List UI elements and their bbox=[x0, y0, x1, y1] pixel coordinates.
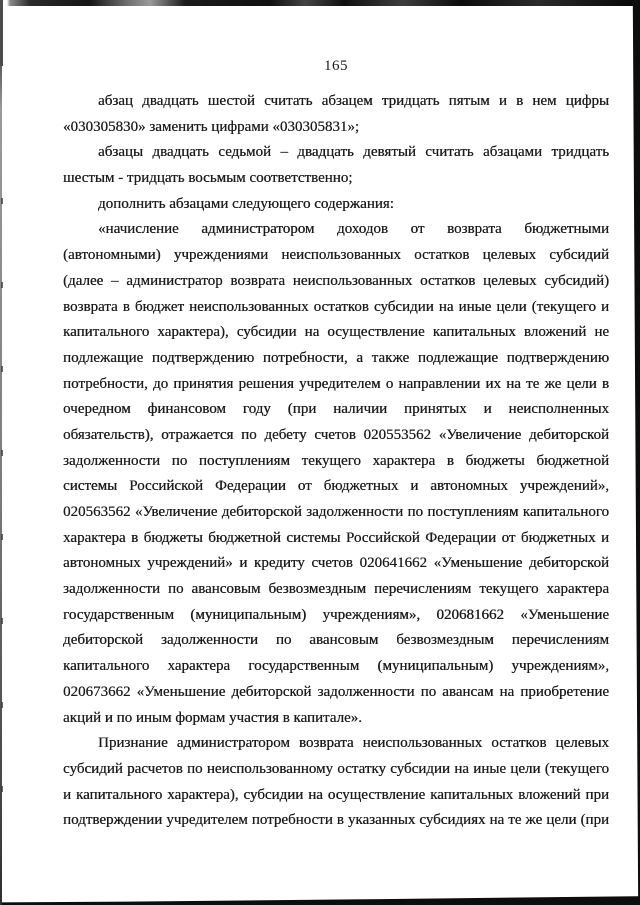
text-line: государственным (муниципальным) учрежден… bbox=[63, 603, 609, 629]
text-line: возврата в бюджет неиспользованных остат… bbox=[63, 295, 609, 321]
text-line: акций и по иным формам участия в капитал… bbox=[63, 706, 609, 732]
scan-edge-top bbox=[0, 0, 640, 6]
text-line: «начисление администратором доходов от в… bbox=[63, 217, 609, 243]
document-body: абзац двадцать шестой считать абзацем тр… bbox=[63, 89, 609, 834]
text-line: потребности, до принятия решения учредит… bbox=[63, 372, 609, 398]
paragraph: дополнить абзацами следующего содержания… bbox=[63, 192, 609, 218]
text-line: субсидий расчетов по неиспользованному о… bbox=[63, 757, 609, 783]
text-line: капитального характера), субсидии на осу… bbox=[63, 320, 609, 346]
text-line: Признание администратором возврата неисп… bbox=[63, 731, 609, 757]
text-line: подтверждении учредителем потребности в … bbox=[63, 808, 609, 834]
text-line: и капитального характера), субсидии на о… bbox=[63, 783, 609, 809]
text-line: автономных учреждений» и кредиту счетов … bbox=[63, 551, 609, 577]
scan-edge-right bbox=[631, 0, 640, 905]
text-line: дополнить абзацами следующего содержания… bbox=[63, 192, 609, 218]
page-content: 165 абзац двадцать шестой считать абзаце… bbox=[63, 56, 609, 834]
text-line: «030305830» заменить цифрами «030305831»… bbox=[63, 115, 609, 141]
text-line: задолженности по поступлениям текущего х… bbox=[63, 449, 609, 475]
text-line: очередном финансовом году (при наличии п… bbox=[63, 397, 609, 423]
text-line: абзац двадцать шестой считать абзацем тр… bbox=[63, 89, 609, 115]
text-line: 020563562 «Увеличение дебиторской задолж… bbox=[63, 500, 609, 526]
paragraph: абзац двадцать шестой считать абзацем тр… bbox=[63, 89, 609, 140]
text-line: обязательств), отражается по дебету счет… bbox=[63, 423, 609, 449]
paragraph: «начисление администратором доходов от в… bbox=[63, 217, 609, 731]
scan-edge-bottom bbox=[0, 895, 640, 905]
text-line: характера в бюджеты бюджетной системы Ро… bbox=[63, 526, 609, 552]
text-line: шестым - тридцать восьмым соответственно… bbox=[63, 166, 609, 192]
text-line: задолженности по авансовым безвозмездным… bbox=[63, 577, 609, 603]
text-line: (автономными) учреждениями неиспользован… bbox=[63, 243, 609, 269]
text-line: 020673662 «Уменьшение дебиторской задолж… bbox=[63, 680, 609, 706]
scan-edge-left-top-segment bbox=[0, 0, 3, 66]
scan-edge-left-ticks bbox=[1, 120, 3, 860]
paragraph: Признание администратором возврата неисп… bbox=[63, 731, 609, 834]
scanned-document-page: 165 абзац двадцать шестой считать абзаце… bbox=[0, 0, 640, 905]
text-line: абзацы двадцать седьмой – двадцать девят… bbox=[63, 140, 609, 166]
text-line: (далее – администратор возврата неисполь… bbox=[63, 269, 609, 295]
text-line: дебиторской задолженности по авансовым б… bbox=[63, 628, 609, 654]
text-line: капитального характера государственным (… bbox=[63, 654, 609, 680]
text-line: подлежащие подтверждению потребности, а … bbox=[63, 346, 609, 372]
page-number: 165 bbox=[63, 56, 609, 76]
text-line: системы Российской Федерации от бюджетны… bbox=[63, 474, 609, 500]
paragraph: абзацы двадцать седьмой – двадцать девят… bbox=[63, 140, 609, 191]
